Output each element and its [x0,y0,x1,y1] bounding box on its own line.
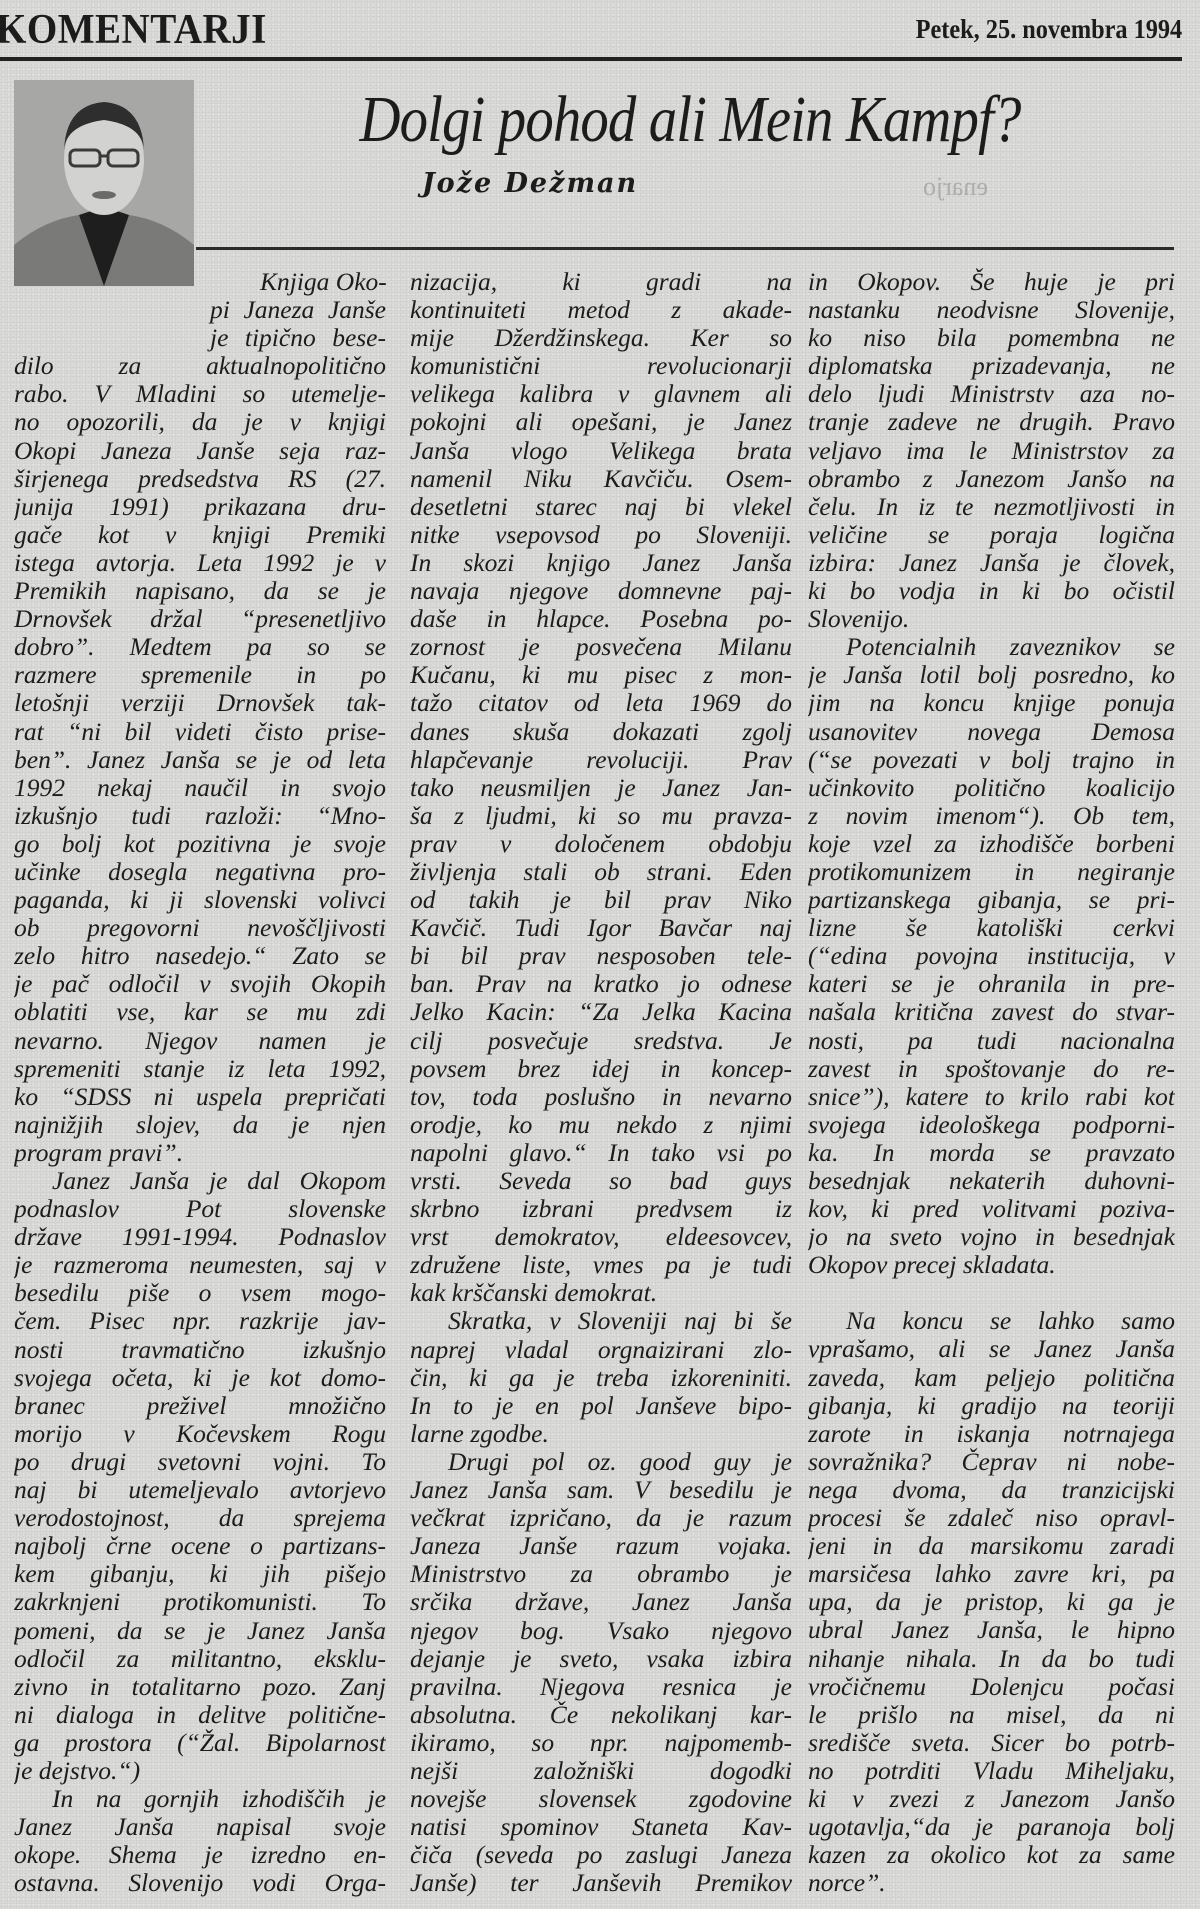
text-line: delo ljudi Ministrstv aza no- [808,380,1175,408]
text-line: širjenega predsedstva RS (27. [14,465,386,493]
text-line: jim na koncu knjige ponuja [808,689,1175,717]
text-line: okope. Shema je izredno en- [14,1841,386,1869]
text-line: larne zgodbe. [410,1420,792,1448]
text-line: Premikih napisano, da se je [14,577,386,605]
text-line: absolutna. Če nekolikanj kar- [410,1701,792,1729]
text-line: (“edina povojna institucija, v [808,942,1175,970]
text-line: junija 1991) prikazana dru- [14,493,386,521]
text-line: no potrditi Vladu Miheljaku, [808,1757,1175,1785]
text-line: diplomatska prizadevanja, ne [808,352,1175,380]
text-line: bi bil prav nesposoben tele- [410,942,792,970]
text-line: mije Džerdžinskega. Ker so [410,324,792,352]
text-line: Na koncu se lahko samo [808,1307,1175,1335]
text-line: besednjak nekaterih duhovni- [808,1167,1175,1195]
text-line: pi Janeza Janše [14,296,386,324]
text-line: natisi spominov Staneta Kav- [410,1813,792,1841]
text-line: danes skuša dokazati zgolj [410,718,792,746]
text-line: letošnji verziji Drnovšek tak- [14,689,386,717]
text-line: jeni in da marsikomu zaradi [808,1532,1175,1560]
text-line: procesi še zdaleč niso opravl- [808,1504,1175,1532]
text-line: (“se povezati v bolj trajno in [808,746,1175,774]
text-line: ki bo vodja in ki bo očistil [808,577,1175,605]
text-line: partizanskega gibanja, se pri- [808,886,1175,914]
text-line: države 1991-1994. Podnaslov [14,1223,386,1251]
text-line: tažo citatov od leta 1969 do [410,689,792,717]
text-line: Janše) ter Janševih Premikov [410,1869,792,1897]
text-line: Janez Janša je dal Okopom [14,1167,386,1195]
text-line: orodje, ko mu nekdo z njimi [410,1111,792,1139]
text-line: je pač odločil v svojih Okopih [14,970,386,998]
text-line: In skozi knjigo Janez Janša [410,549,792,577]
text-line: odločil za militantno, eksklu- [14,1645,386,1673]
text-line: kak krščanski demokrat. [410,1279,792,1307]
article-column-2: nizacija, ki gradi nakontinuiteti metod … [410,268,792,1897]
text-line: podnaslov Pot slovenske [14,1195,386,1223]
text-line: zivno in totalitarno pozo. Zanj [14,1673,386,1701]
text-line: je tipično bese- [14,324,386,352]
text-line: jo na sveto vojno in besednjak [808,1223,1175,1251]
text-line: ga prostora (“Žal. Bipolarnost [14,1729,386,1757]
text-line: nitke vsepovsod po Sloveniji. [410,521,792,549]
text-line: morijo v Kočevskem Rogu [14,1420,386,1448]
text-line: upa, da je pristop, ki ga je [808,1588,1175,1616]
text-line: napolni glavo.“ In tako vsi po [410,1139,792,1167]
text-line: le prišlo na misel, da ni [808,1701,1175,1729]
text-line: ki v zvezi z Janezom Janšo [808,1785,1175,1813]
text-line: Okopi Janeza Janše seja raz- [14,437,386,465]
text-line: in Okopov. Še huje je pri [808,268,1175,296]
text-line: zelo hitro nasedejo.“ Zato se [14,942,386,970]
section-name: KOMENTARJI [0,6,267,54]
text-line: srčika države, Janez Janša [410,1588,792,1616]
text-line: cilj posvečuje sredstva. Je [410,1027,792,1055]
portrait-icon [14,80,194,286]
text-line: oblatiti vse, kar se mu zdi [14,998,386,1026]
text-line: pravilna. Njegova resnica je [410,1673,792,1701]
text-line: zornost je posvečena Milanu [410,633,792,661]
text-line: Skratka, v Sloveniji naj bi še [410,1307,792,1335]
text-line: Janez Janša napisal svoje [14,1813,386,1841]
text-line: ko niso bila pomembna ne [808,324,1175,352]
text-line: tov, toda poslušno in nevarno [410,1083,792,1111]
text-line: z novim imenom“). Ob tem, [808,802,1175,830]
text-line: nejši založniški dogodki [410,1757,792,1785]
text-line: veličine se poraja logična [808,521,1175,549]
text-line: go bolj kot pozitivna je svoje [14,830,386,858]
text-line: ben”. Janez Janša se je od leta [14,746,386,774]
text-line: nihanje nihala. In da bo tudi [808,1645,1175,1673]
text-line: tranje zadeve ne drugih. Pravo [808,408,1175,436]
text-line: svojega očeta, ki je kot domo- [14,1364,386,1392]
text-line: najbolj črne ocene o partizans- [14,1532,386,1560]
text-line: program pravi”. [14,1139,386,1167]
text-line: desetletni starec naj bi vlekel [410,493,792,521]
masthead: KOMENTARJI Petek, 25. novembra 1994 [0,0,1200,60]
text-line: marsičesa lahko zavre kri, pa [808,1560,1175,1588]
text-line: od takih je bil prav Niko [410,886,792,914]
text-line: Kučanu, ki mu pisec z mon- [410,661,792,689]
text-line: čin, ki ga je treba izkoreniniti. [410,1364,792,1392]
text-line: vrst demokratov, eldeesovcev, [410,1223,792,1251]
text-line: verodostojnost, da sprejema [14,1504,386,1532]
text-line: velikega kalibra v glavnem ali [410,380,792,408]
text-line: ikiramo, so npr. najpomemb- [410,1729,792,1757]
text-line: najnižjih slojev, da je njen [14,1111,386,1139]
text-line: usanovitev novega Demosa [808,718,1175,746]
author-photo [14,80,194,286]
text-line: gibanja, ki gradijo na teoriji [808,1392,1175,1420]
text-line: obrambo z Janezom Janšo na [808,465,1175,493]
text-line: naj bi utemeljevalo avtorjevo [14,1476,386,1504]
text-line: večkrat izpričano, da je razum [410,1504,792,1532]
text-line: Janša vlogo Velikega brata [410,437,792,465]
text-line: 1992 nekaj naučil in svojo [14,774,386,802]
text-line: ka. In morda se pravzato [808,1139,1175,1167]
text-line: branec preživel množično [14,1392,386,1420]
text-line: gače kot v knjigi Premiki [14,521,386,549]
text-line: rat “ni bil videti čisto prise- [14,718,386,746]
text-line: navaja njegove domnevne paj- [410,577,792,605]
text-line: istega avtorja. Leta 1992 je v [14,549,386,577]
text-line: ubral Janez Janša, le hipno [808,1616,1175,1644]
text-line: učinkovito politično koalicijo [808,774,1175,802]
text-line: je dejstvo.“) [14,1757,386,1785]
text-line: Kavčič. Tudi Igor Bavčar naj [410,914,792,942]
article-column-3: in Okopov. Še huje je prinastanku neodvi… [808,268,1175,1897]
text-line: Janez Janša sam. V besedilu je [410,1476,792,1504]
text-line: spremeniti stanje iz leta 1992, [14,1055,386,1083]
text-line: daše in hlapce. Posebna po- [410,605,792,633]
text-line: združene liste, vmes pa je tudi [410,1251,792,1279]
text-line: dobro”. Medtem pa so se [14,633,386,661]
issue-date: Petek, 25. novembra 1994 [915,14,1182,45]
text-line: skrbno izbrani predvsem iz [410,1195,792,1223]
text-line: namenil Niku Kavčiču. Osem- [410,465,792,493]
text-line: čem. Pisec npr. razkrije jav- [14,1307,386,1335]
text-line: življenja stali ob strani. Eden [410,858,792,886]
text-line: po drugi svetovni vojni. To [14,1448,386,1476]
text-line: snice”), katere to krilo rabi kot [808,1083,1175,1111]
text-line: povsem brez idej in koncep- [410,1055,792,1083]
text-line: vročičnemu Dolenjcu počasi [808,1673,1175,1701]
text-line: komunistični revolucionarji [410,352,792,380]
text-line: zakrknjeni protikomunisti. To [14,1588,386,1616]
text-line: kov, ki pred volitvami poziva- [808,1195,1175,1223]
text-line: Drugi pol oz. good guy je [410,1448,792,1476]
text-line: kateri se je ohranila in pre- [808,970,1175,998]
text-line: ostavna. Slovenijo vodi Orga- [14,1869,386,1897]
text-line: protikomunizem in negiranje [808,858,1175,886]
text-line: čelu. In iz te nezmotljivosti in [808,493,1175,521]
text-line: središče sveta. Sicer bo potrb- [808,1729,1175,1757]
text-line: učinke dosegla negativna pro- [14,858,386,886]
text-line: Drnovšek držal “presenetljivo [14,605,386,633]
text-line: nevarno. Njegov namen je [14,1027,386,1055]
text-line: hlapčevanje revoluciji. Prav [410,746,792,774]
text-line: kontinuiteti metod z akade- [410,296,792,324]
text-line: tako neusmiljen je Janez Jan- [410,774,792,802]
text-line: naprej vladal orgnaizirani zlo- [410,1336,792,1364]
text-line: čiča (seveda po zaslugi Janeza [410,1841,792,1869]
text-line: vrsti. Seveda so bad guys [410,1167,792,1195]
text-line: paganda, ki ji slovenski volivci [14,886,386,914]
text-line: nizacija, ki gradi na [410,268,792,296]
text-line: Ministrstvo za obrambo je [410,1560,792,1588]
text-line: Okopov precej skladata. [808,1251,1175,1279]
text-line: Slovenijo. [808,605,1175,633]
text-line: Potencialnih zaveznikov se [808,633,1175,661]
text-line: pomeni, da se je Janez Janša [14,1617,386,1645]
text-line: Janeza Janše razum vojaka. [410,1532,792,1560]
text-line: zaveda, kam peljejo politična [808,1364,1175,1392]
text-line: nastanku neodvisne Slovenije, [808,296,1175,324]
text-line: In to je en pol Janševe bipo- [410,1392,792,1420]
text-line: nosti travmatično izkušnjo [14,1336,386,1364]
text-line: razmere spremenile in po [14,661,386,689]
paragraph-gap [808,1279,1175,1307]
text-line: ko “SDSS ni uspela prepričati [14,1083,386,1111]
text-line: no opozorili, da je v knjigi [14,408,386,436]
text-line: rabo. V Mladini so utemelje- [14,380,386,408]
text-line: dejanje je sveto, vsaka izbira [410,1645,792,1673]
article-column-1: Knjiga Oko-pi Janeza Janšeje tipično bes… [14,268,386,1897]
text-line: ban. Prav na kratko jo odnese [410,970,792,998]
text-line: kazen za okolico kot za same [808,1841,1175,1869]
text-line: Jelko Kacin: “Za Jelka Kacina [410,998,792,1026]
article-title: Dolgi pohod ali Mein Kampf? [269,82,1112,158]
masthead-rule [0,57,1182,61]
text-line: novejše slovensek zgodovine [410,1785,792,1813]
text-line: izbira: Janez Janša je človek, [808,549,1175,577]
text-line: veljavo ima le Ministrstov za [808,437,1175,465]
text-line: nosti, pa tudi nacionalna [808,1027,1175,1055]
text-line: izkušnjo tudi razloži: “Mno- [14,802,386,830]
text-line: je razmeroma neumesten, saj v [14,1251,386,1279]
text-line: ša z ljudmi, ki so mu pravza- [410,802,792,830]
text-line: zarote in iskanja notrnajega [808,1420,1175,1448]
title-rule [196,247,1174,250]
text-line: sovražnika? Čeprav ni nobe- [808,1448,1175,1476]
text-line: zavest in spoštovanje do re- [808,1055,1175,1083]
text-line: lizne še katoliški cerkvi [808,914,1175,942]
text-line: kem gibanju, ki jih pišejo [14,1560,386,1588]
text-line: ugotavlja,“da je paranoja bolj [808,1813,1175,1841]
text-line: pokojni ali opešani, je Janez [410,408,792,436]
text-line: vprašamo, ali se Janez Janša [808,1335,1175,1363]
text-line: nega dvoma, da tranzicijski [808,1476,1175,1504]
text-line: koje vzel za izhodišče borbeni [808,830,1175,858]
text-line: Knjiga Oko- [14,268,386,296]
text-line: našala kritična zavest do stvar- [808,998,1175,1026]
bleed-through-text: enarjo [923,172,988,202]
text-line: dilo za aktualnopolitično [14,352,386,380]
text-line: je Janša lotil bolj posredno, ko [808,661,1175,689]
text-line: In na gornjih izhodiščih je [14,1785,386,1813]
text-line: besedilu piše o vsem mogo- [14,1279,386,1307]
text-line: norce”. [808,1869,1175,1897]
text-line: svojega ideološkega podporni- [808,1111,1175,1139]
text-line: ni dialoga in delitve političnе- [14,1701,386,1729]
text-line: njegov bog. Vsako njegovo [410,1617,792,1645]
article-author: Jože Dežman [200,168,860,199]
text-line: ob pregovorni nevoščljivosti [14,914,386,942]
text-line: prav v določenem obdobju [410,830,792,858]
